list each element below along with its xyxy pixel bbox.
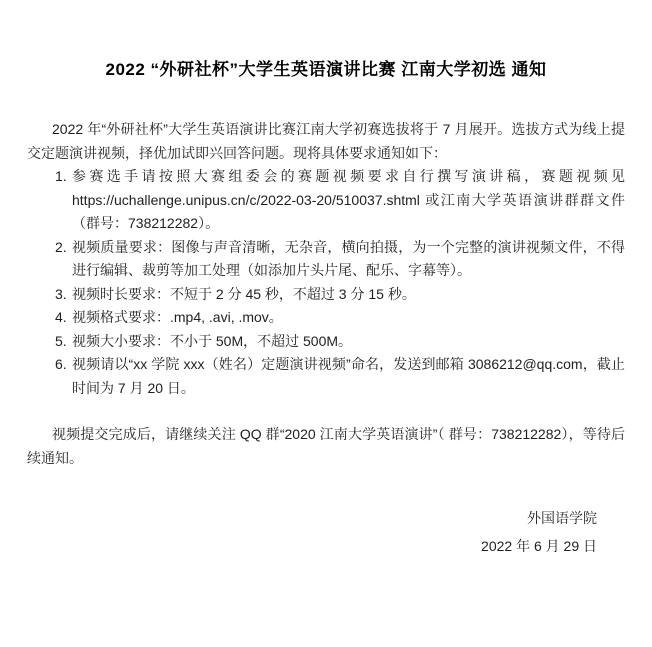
requirement-text: 视频请以“xx 学院 xxx（姓名）定题演讲视频”命名，发送到邮箱 308621… bbox=[72, 353, 625, 400]
requirement-lead: 视频请以“xx 学院 xxx（姓名）定题演讲视频”命名，发送到邮箱 bbox=[72, 356, 468, 372]
intro-paragraph: 2022 年“外研社杯”大学生英语演讲比赛江南大学初赛选拔将于 7 月展开。选拔… bbox=[27, 118, 625, 165]
notice-title: 2022 “外研社杯”大学生英语演讲比赛 江南大学初选 通知 bbox=[27, 58, 625, 82]
closing-paragraph: 视频提交完成后，请继续关注 QQ 群“2020 江南大学英语演讲”（ 群号：73… bbox=[27, 423, 625, 470]
requirement-item-6: 6. 视频请以“xx 学院 xxx（姓名）定题演讲视频”命名，发送到邮箱 308… bbox=[55, 353, 625, 400]
requirement-item-5: 5. 视频大小要求：不小于 50M，不超过 500M。 bbox=[55, 330, 625, 354]
requirement-item-3: 3. 视频时长要求：不短于 2 分 45 秒，不超过 3 分 15 秒。 bbox=[55, 283, 625, 307]
list-number: 2. bbox=[55, 236, 72, 283]
signature-date: 2022 年 6 月 29 日 bbox=[27, 532, 597, 560]
requirement-item-4: 4. 视频格式要求：.mp4, .avi, .mov。 bbox=[55, 306, 625, 330]
list-number: 4. bbox=[55, 306, 72, 330]
topic-video-url: https://uchallenge.unipus.cn/c/2022-03-2… bbox=[72, 192, 420, 208]
requirement-text: 视频大小要求：不小于 50M，不超过 500M。 bbox=[72, 330, 625, 354]
document-page: 2022 “外研社杯”大学生英语演讲比赛 江南大学初选 通知 2022 年“外研… bbox=[0, 0, 652, 647]
requirement-text: 参赛选手请按照大赛组委会的赛题视频要求自行撰写演讲稿，赛题视频见 https:/… bbox=[72, 165, 625, 236]
requirements-list: 1. 参赛选手请按照大赛组委会的赛题视频要求自行撰写演讲稿，赛题视频见 http… bbox=[55, 165, 625, 400]
submission-email: 3086212@qq.com bbox=[468, 356, 583, 372]
requirement-item-1: 1. 参赛选手请按照大赛组委会的赛题视频要求自行撰写演讲稿，赛题视频见 http… bbox=[55, 165, 625, 236]
requirement-text: 视频时长要求：不短于 2 分 45 秒，不超过 3 分 15 秒。 bbox=[72, 283, 625, 307]
list-number: 6. bbox=[55, 353, 72, 400]
requirement-lead: 参赛选手请按照大赛组委会的赛题视频要求自行撰写演讲稿，赛题视频见 bbox=[72, 168, 625, 184]
signature-block: 外国语学院 2022 年 6 月 29 日 bbox=[27, 504, 597, 560]
list-number: 5. bbox=[55, 330, 72, 354]
requirement-text: 视频质量要求：图像与声音清晰，无杂音，横向拍摄，为一个完整的演讲视频文件，不得进… bbox=[72, 236, 625, 283]
requirement-text: 视频格式要求：.mp4, .avi, .mov。 bbox=[72, 306, 625, 330]
signature-org: 外国语学院 bbox=[27, 504, 597, 532]
list-number: 1. bbox=[55, 165, 72, 236]
list-number: 3. bbox=[55, 283, 72, 307]
requirement-item-2: 2. 视频质量要求：图像与声音清晰，无杂音，横向拍摄，为一个完整的演讲视频文件，… bbox=[55, 236, 625, 283]
